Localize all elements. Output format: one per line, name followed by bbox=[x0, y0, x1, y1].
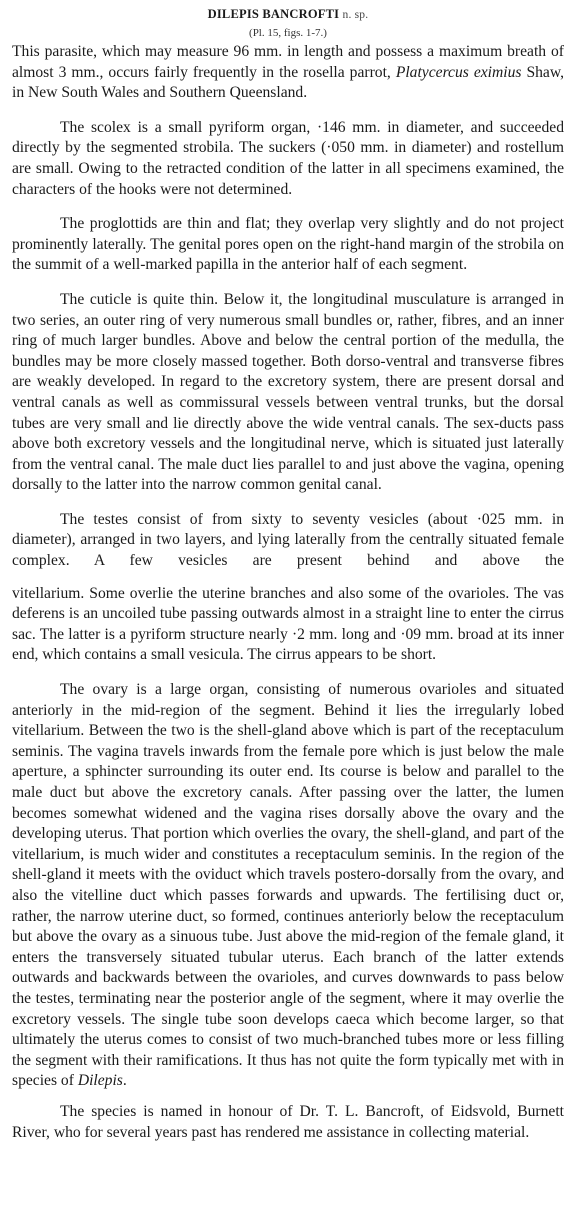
paragraph-ovary: The ovary is a large organ, consisting o… bbox=[12, 680, 564, 1092]
species-name: DILEPIS BANCROFTI bbox=[208, 7, 340, 21]
paragraph-intro: This parasite, which may measure 96 mm. … bbox=[12, 42, 564, 104]
paragraph-proglottids: The proglottids are thin and flat; they … bbox=[12, 214, 564, 276]
paragraph-testes-continued: vitellarium. Some overlie the uterine br… bbox=[12, 584, 564, 666]
paragraph-cuticle: The cuticle is quite thin. Below it, the… bbox=[12, 290, 564, 496]
italic-taxon-name: Dilepis bbox=[78, 1072, 123, 1089]
plate-figure-reference: (Pl. 15, figs. 1-7.) bbox=[12, 25, 564, 42]
species-title: DILEPIS BANCROFTI n. sp. bbox=[12, 4, 564, 25]
new-species-mark: n. sp. bbox=[343, 9, 369, 21]
paper-page: DILEPIS BANCROFTI n. sp. (Pl. 15, figs. … bbox=[12, 4, 564, 1157]
italic-taxon-name: Platycercus eximius bbox=[396, 64, 522, 81]
paragraph-dedication: The species is named in honour of Dr. T.… bbox=[12, 1102, 564, 1143]
paragraph-scolex: The scolex is a small pyriform organ, ·1… bbox=[12, 118, 564, 200]
paragraph-testes: The testes consist of from sixty to seve… bbox=[12, 510, 564, 572]
